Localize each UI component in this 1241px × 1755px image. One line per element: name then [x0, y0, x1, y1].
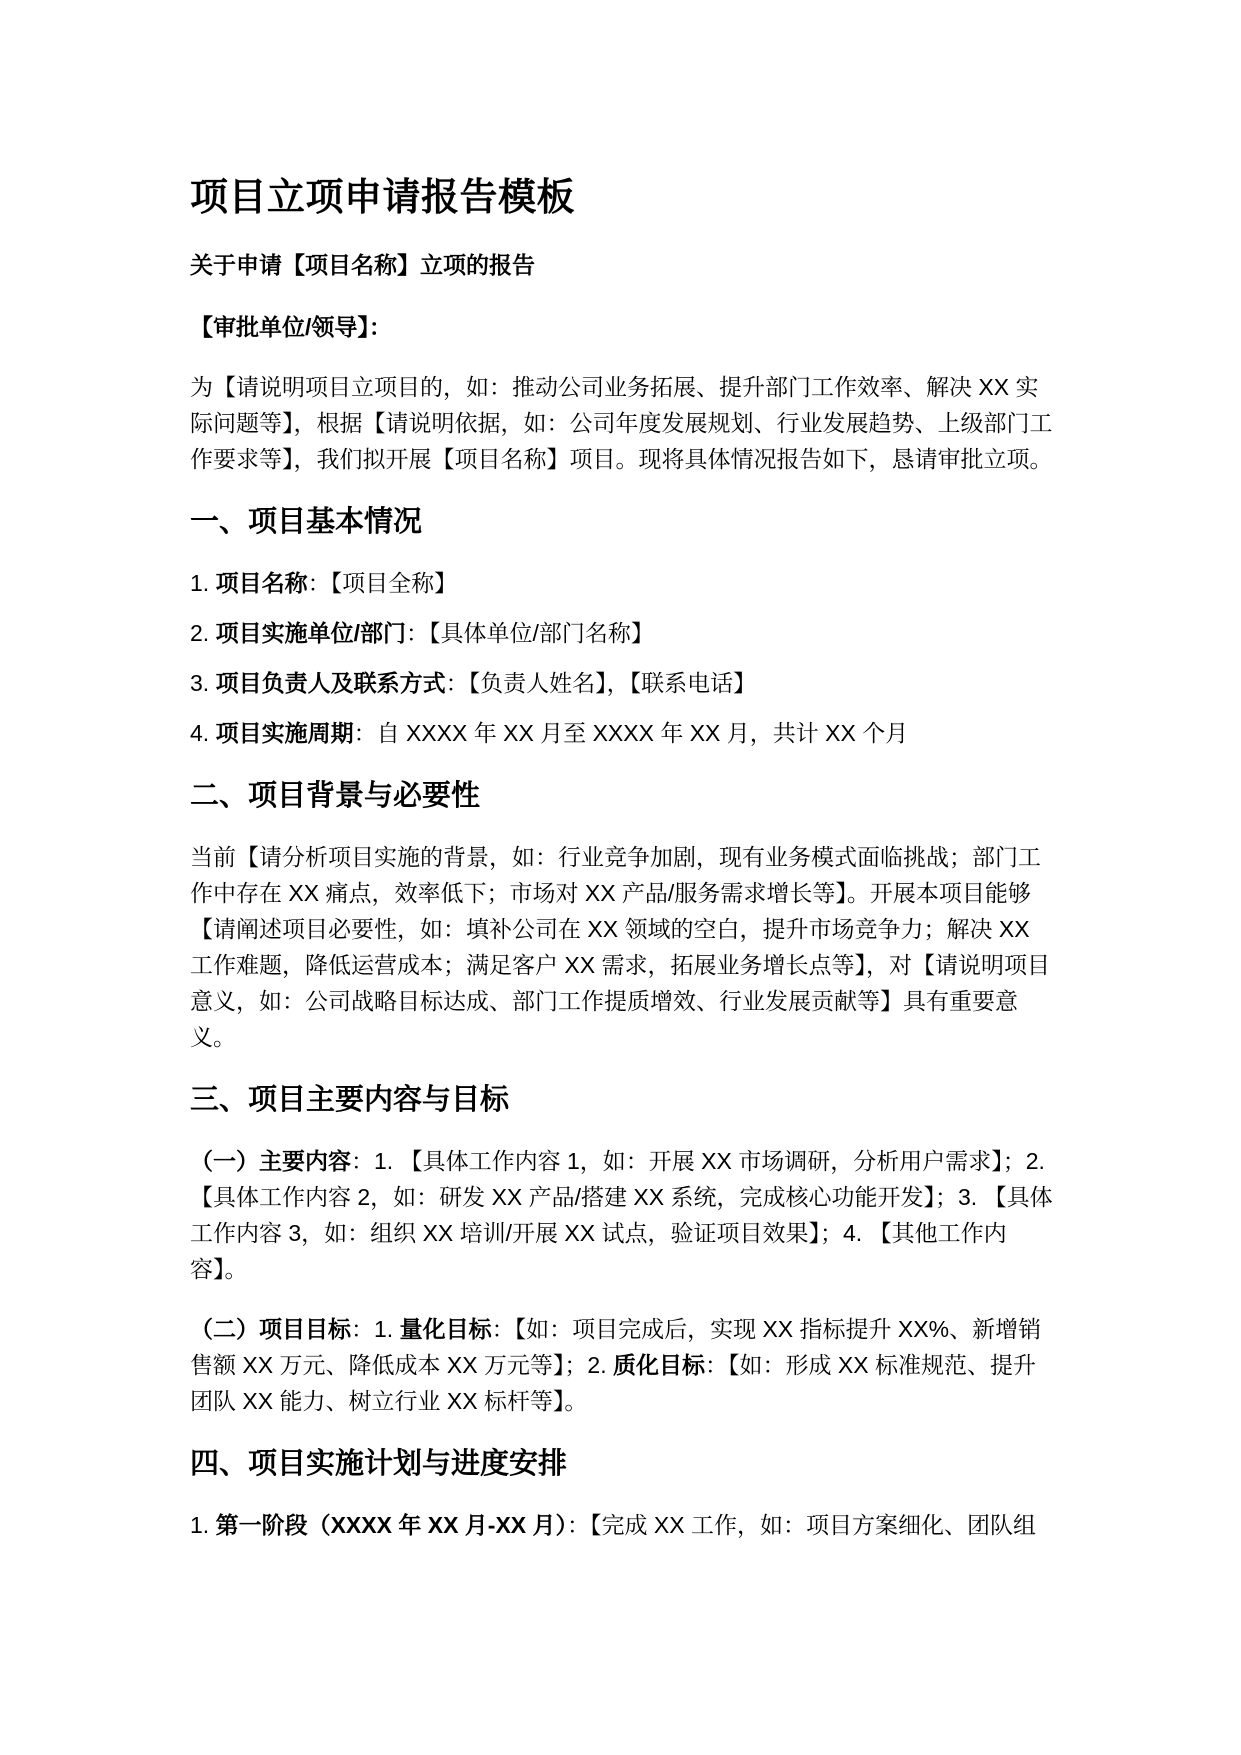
doc-subtitle: 关于申请【项目名称】立项的报告 [190, 249, 1053, 281]
text-run: 1. [190, 1512, 216, 1538]
item-phase-1: 1. 第一阶段（XXXX 年 XX 月-XX 月）：【完成 XX 工作，如：项目… [190, 1507, 1053, 1543]
text-run: ：自 XXXX 年 XX 月至 XXXX 年 XX 月，共计 XX 个月 [354, 720, 909, 746]
text-run: 二、项目背景与必要性 [190, 780, 480, 812]
doc-title: 项目立项申请报告模板 [190, 175, 1053, 223]
main-content-paragraph: （一）主要内容：1. 【具体工作内容 1，如：开展 XX 市场调研，分析用户需求… [190, 1143, 1053, 1287]
intro-paragraph: 为【请说明项目立项目的，如：推动公司业务拓展、提升部门工作效率、解决 XX 实际… [190, 369, 1053, 477]
text-run: 四、项目实施计划与进度安排 [190, 1448, 567, 1480]
item-project-name: 1. 项目名称：【项目全称】 [190, 565, 1053, 601]
recipient-line: 【审批单位/领导】： [190, 309, 1053, 345]
background-paragraph: 当前【请分析项目实施的背景，如：行业竞争加剧，现有业务模式面临挑战；部门工作中存… [190, 839, 1053, 1055]
text-run: 量化目标 [400, 1316, 492, 1342]
section-3-heading: 三、项目主要内容与目标 [190, 1081, 1053, 1119]
item-project-unit: 2. 项目实施单位/部门：【具体单位/部门名称】 [190, 615, 1053, 651]
page: 项目立项申请报告模板关于申请【项目名称】立项的报告【审批单位/领导】：为【请说明… [0, 0, 1241, 1755]
text-run: 项目负责人及联系方式 [216, 670, 446, 696]
text-run: 第一阶段（XXXX 年 XX 月-XX 月） [216, 1512, 567, 1538]
section-4-heading: 四、项目实施计划与进度安排 [190, 1445, 1053, 1483]
text-run: 【审批单位/领导】： [190, 314, 392, 340]
item-project-period: 4. 项目实施周期：自 XXXX 年 XX 月至 XXXX 年 XX 月，共计 … [190, 715, 1053, 751]
text-run: ：【项目全称】 [308, 570, 458, 596]
text-run: ：【负责人姓名】，【联系电话】 [446, 670, 757, 696]
text-run: 为【请说明项目立项目的，如：推动公司业务拓展、提升部门工作效率、解决 XX 实际… [190, 374, 1053, 472]
text-run: 三、项目主要内容与目标 [190, 1084, 509, 1116]
text-run: 项目名称 [216, 570, 308, 596]
text-run: ：1. [351, 1316, 400, 1342]
text-run: 当前【请分析项目实施的背景，如：行业竞争加剧，现有业务模式面临挑战；部门工作中存… [190, 844, 1050, 1050]
text-run: 项目立项申请报告模板 [190, 177, 575, 219]
text-run: 项目实施单位/部门 [216, 620, 406, 646]
text-run: （一）主要内容 [190, 1148, 351, 1174]
text-run: （二）项目目标 [190, 1316, 351, 1342]
text-run: 项目实施周期 [216, 720, 354, 746]
section-1-heading: 一、项目基本情况 [190, 503, 1053, 541]
text-run: 4. [190, 720, 216, 746]
text-run: 一、项目基本情况 [190, 506, 422, 538]
text-run: ：【完成 XX 工作，如：项目方案细化、团队组 [567, 1512, 1036, 1538]
goals-paragraph: （二）项目目标：1. 量化目标：【如：项目完成后，实现 XX 指标提升 XX%、… [190, 1311, 1053, 1419]
text-run: 3. [190, 670, 216, 696]
text-run: ：【具体单位/部门名称】 [406, 620, 654, 646]
text-run: 1. [190, 570, 216, 596]
item-project-contact: 3. 项目负责人及联系方式：【负责人姓名】，【联系电话】 [190, 665, 1053, 701]
document-body: 项目立项申请报告模板关于申请【项目名称】立项的报告【审批单位/领导】：为【请说明… [0, 0, 1241, 1543]
section-2-heading: 二、项目背景与必要性 [190, 777, 1053, 815]
text-run: 关于申请【项目名称】立项的报告 [190, 252, 535, 278]
text-run: 质化目标 [613, 1352, 705, 1378]
text-run: 2. [190, 620, 216, 646]
